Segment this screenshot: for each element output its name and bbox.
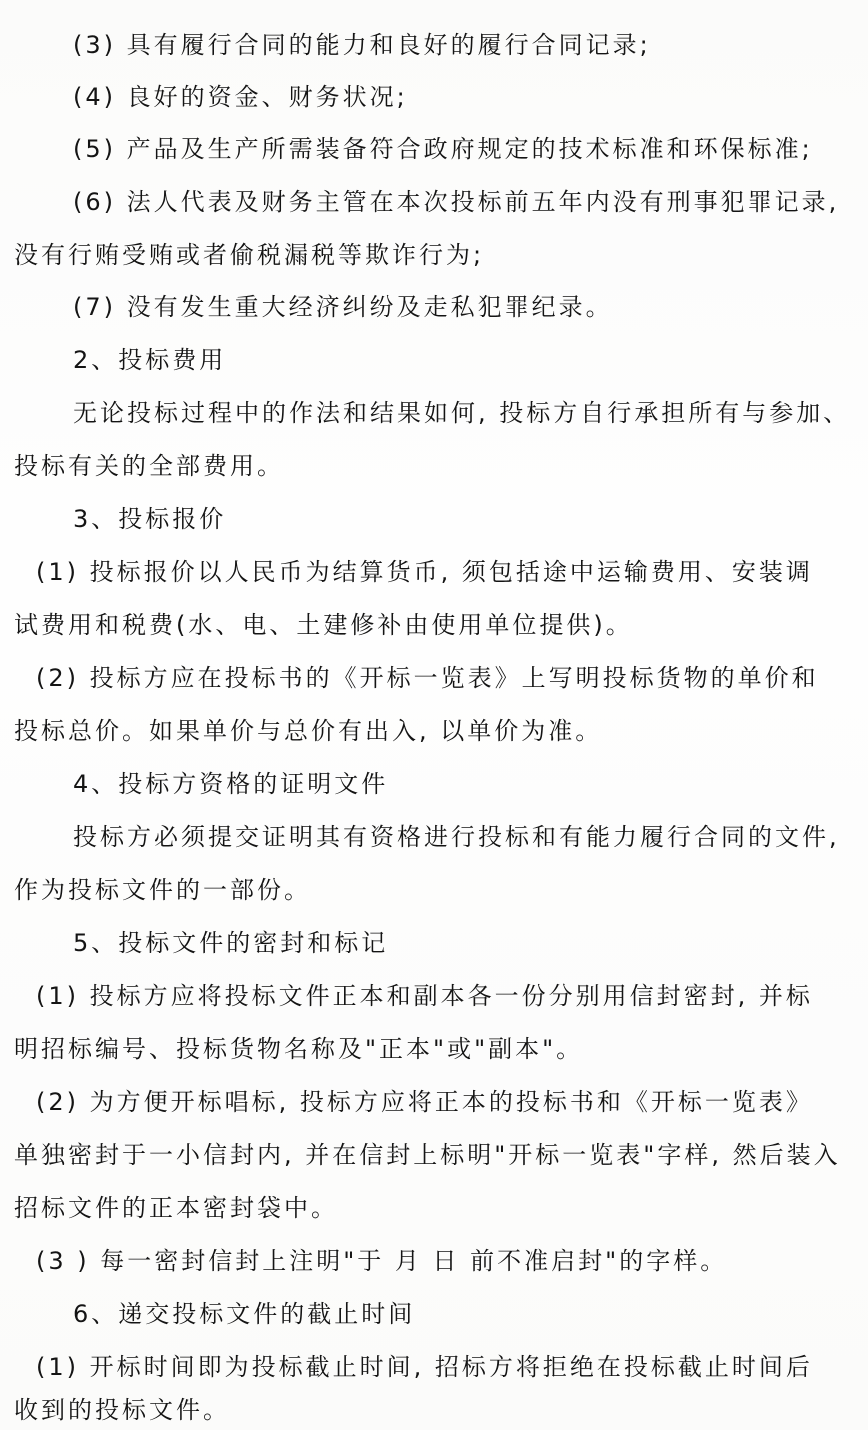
section-2-heading: 2、投标费用 bbox=[0, 340, 868, 380]
section-4-body: 投标方必须提交证明其有资格进行投标和有能力履行合同的文件, bbox=[0, 817, 868, 857]
section-3-item-2: (2) 投标方应在投标书的《开标一览表》上写明投标货物的单价和 bbox=[0, 658, 868, 698]
section-6-item-1: (1) 开标时间即为投标截止时间, 招标方将拒绝在投标截止时间后 bbox=[0, 1347, 868, 1387]
clause-4-finance: (4) 良好的资金、财务状况; bbox=[0, 77, 868, 117]
section-5-item-2-continuation-2: 招标文件的正本密封袋中。 bbox=[0, 1188, 868, 1228]
section-4-continuation: 作为投标文件的一部份。 bbox=[0, 870, 868, 910]
section-3-item-1: (1) 投标报价以人民币为结算货币, 须包括途中运输费用、安装调 bbox=[0, 552, 868, 592]
clause-7-disputes: (7) 没有发生重大经济纠纷及走私犯罪纪录。 bbox=[0, 287, 868, 327]
clause-5-standards: (5) 产品及生产所需装备符合政府规定的技术标准和环保标准; bbox=[0, 129, 868, 169]
clause-6-criminal-record: (6) 法人代表及财务主管在本次投标前五年内没有刑事犯罪记录, bbox=[0, 182, 868, 222]
section-5-item-2: (2) 为方便开标唱标, 投标方应将正本的投标书和《开标一览表》 bbox=[0, 1082, 868, 1122]
section-5-item-2-continuation-1: 单独密封于一小信封内, 并在信封上标明"开标一览表"字样, 然后装入 bbox=[0, 1135, 868, 1175]
section-5-heading: 5、投标文件的密封和标记 bbox=[0, 923, 868, 963]
section-6-heading: 6、递交投标文件的截止时间 bbox=[0, 1294, 868, 1334]
section-5-item-3: (3 ) 每一密封信封上注明"于 月 日 前不准启封"的字样。 bbox=[0, 1241, 868, 1281]
clause-3-contract-record: (3) 具有履行合同的能力和良好的履行合同记录; bbox=[0, 25, 868, 65]
section-2-body: 无论投标过程中的作法和结果如何, 投标方自行承担所有与参加、 bbox=[0, 393, 868, 433]
section-3-item-1-continuation: 试费用和税费(水、电、土建修补由使用单位提供)。 bbox=[0, 605, 868, 645]
section-6-item-1-continuation: 收到的投标文件。 bbox=[0, 1390, 868, 1430]
section-2-continuation: 投标有关的全部费用。 bbox=[0, 446, 868, 486]
section-4-heading: 4、投标方资格的证明文件 bbox=[0, 764, 868, 804]
section-5-item-1-continuation: 明招标编号、投标货物名称及"正本"或"副本"。 bbox=[0, 1029, 868, 1069]
section-3-item-2-continuation: 投标总价。如果单价与总价有出入, 以单价为准。 bbox=[0, 711, 868, 751]
section-3-heading: 3、投标报价 bbox=[0, 499, 868, 539]
document-page: (3) 具有履行合同的能力和良好的履行合同记录; (4) 良好的资金、财务状况;… bbox=[0, 0, 868, 1430]
clause-6-continuation: 没有行贿受贿或者偷税漏税等欺诈行为; bbox=[0, 235, 868, 275]
section-5-item-1: (1) 投标方应将投标文件正本和副本各一份分别用信封密封, 并标 bbox=[0, 976, 868, 1016]
